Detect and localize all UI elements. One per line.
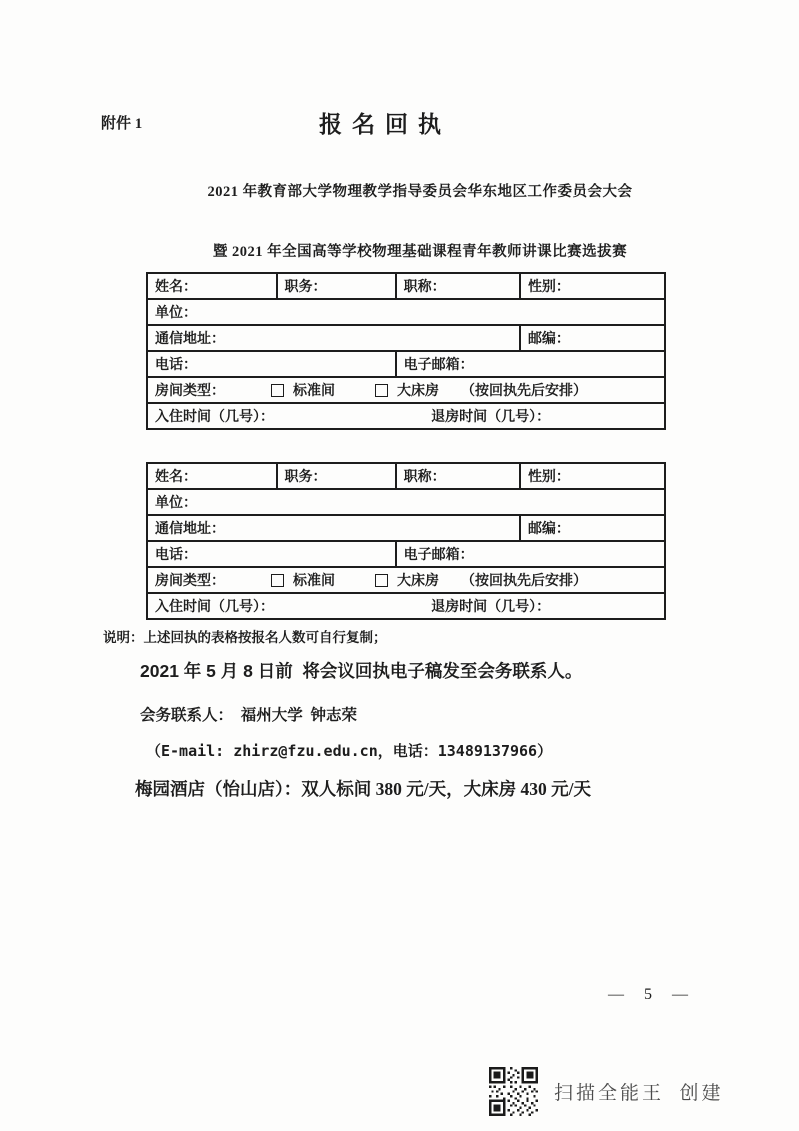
king-room-label: 大床房 bbox=[397, 380, 439, 400]
checkin-field-label: 入住时间（几号）： bbox=[155, 406, 431, 426]
room-assignment-note: （按回执先后安排） bbox=[461, 380, 587, 400]
copy-instruction-note: 说明：上述回执的表格按报名人数可自行复制； bbox=[103, 626, 387, 646]
address-field-label: 通信地址： bbox=[155, 522, 225, 537]
checkin-field-label: 入住时间（几号）： bbox=[155, 596, 431, 616]
hotel-price-info: 梅园酒店（怡山店）：双人标间 380 元/天，大床房 430 元/天 bbox=[135, 776, 591, 801]
standard-room-label: 标准间 bbox=[293, 570, 335, 590]
king-room-label: 大床房 bbox=[397, 570, 439, 590]
table-row: 电话： 电子邮箱： bbox=[147, 351, 665, 377]
scanner-watermark: 扫描全能王 创建 bbox=[489, 1067, 724, 1116]
contact-email-phone: （E-mail: zhirz@fzu.edu.cn，电话：13489137966… bbox=[146, 740, 552, 761]
page-number: — 5 — bbox=[608, 986, 692, 1004]
job-title-field-label: 职称： bbox=[404, 280, 446, 295]
duty-field-label: 职务： bbox=[285, 280, 327, 295]
submission-deadline: 2021 年 5 月 8 日前 将会议回执电子稿发至会务联系人。 bbox=[140, 658, 582, 683]
table-row: 通信地址： 邮编： bbox=[147, 325, 665, 351]
conference-title-line2: 暨 2021 年全国高等学校物理基础课程青年教师讲课比赛选拔赛 bbox=[150, 240, 690, 261]
table-row: 姓名： 职务： 职称： 性别： bbox=[147, 273, 665, 299]
email-field-label: 电子邮箱： bbox=[404, 358, 474, 373]
zip-field-label: 邮编： bbox=[528, 332, 570, 347]
phone-field-label: 电话： bbox=[155, 548, 197, 563]
scanner-app-label: 扫描全能王 创建 bbox=[554, 1078, 724, 1105]
duty-field-label: 职务： bbox=[285, 470, 327, 485]
king-room-checkbox bbox=[375, 574, 388, 587]
unit-field-label: 单位： bbox=[155, 496, 197, 511]
table-row: 入住时间（几号）： 退房时间（几号）： bbox=[147, 403, 665, 429]
checkout-field-label: 退房时间（几号）： bbox=[431, 596, 550, 616]
qr-code-icon bbox=[489, 1067, 538, 1116]
table-row: 单位： bbox=[147, 489, 665, 515]
table-row: 入住时间（几号）： 退房时间（几号）： bbox=[147, 593, 665, 619]
gender-field-label: 性别： bbox=[528, 470, 570, 485]
address-field-label: 通信地址： bbox=[155, 332, 225, 347]
room-type-label: 房间类型： bbox=[155, 380, 225, 400]
standard-room-checkbox bbox=[271, 384, 284, 397]
conference-contact: 会务联系人： 福州大学 钟志荣 bbox=[140, 703, 357, 725]
zip-field-label: 邮编： bbox=[528, 522, 570, 537]
scanned-document-page: 附件 1 报名回执 2021 年教育部大学物理教学指导委员会华东地区工作委员会大… bbox=[0, 0, 799, 1131]
phone-field-label: 电话： bbox=[155, 358, 197, 373]
room-type-label: 房间类型： bbox=[155, 570, 225, 590]
unit-field-label: 单位： bbox=[155, 306, 197, 321]
conference-title-line1: 2021 年教育部大学物理教学指导委员会华东地区工作委员会大会 bbox=[150, 180, 690, 201]
page-title: 报名回执 bbox=[0, 106, 770, 139]
registration-table-1: 姓名： 职务： 职称： 性别： 单位： 通信地址： 邮编： 电话： 电子邮箱： … bbox=[146, 272, 666, 430]
table-row: 通信地址： 邮编： bbox=[147, 515, 665, 541]
name-field-label: 姓名： bbox=[155, 280, 197, 295]
table-row: 单位： bbox=[147, 299, 665, 325]
name-field-label: 姓名： bbox=[155, 470, 197, 485]
checkout-field-label: 退房时间（几号）： bbox=[431, 406, 550, 426]
standard-room-checkbox bbox=[271, 574, 284, 587]
gender-field-label: 性别： bbox=[528, 280, 570, 295]
registration-table-2: 姓名： 职务： 职称： 性别： 单位： 通信地址： 邮编： 电话： 电子邮箱： … bbox=[146, 462, 666, 620]
table-row: 姓名： 职务： 职称： 性别： bbox=[147, 463, 665, 489]
room-assignment-note: （按回执先后安排） bbox=[461, 570, 587, 590]
table-row: 房间类型： 标准间 大床房 （按回执先后安排） bbox=[147, 377, 665, 403]
standard-room-label: 标准间 bbox=[293, 380, 335, 400]
king-room-checkbox bbox=[375, 384, 388, 397]
job-title-field-label: 职称： bbox=[404, 470, 446, 485]
table-row: 电话： 电子邮箱： bbox=[147, 541, 665, 567]
table-row: 房间类型： 标准间 大床房 （按回执先后安排） bbox=[147, 567, 665, 593]
email-field-label: 电子邮箱： bbox=[404, 548, 474, 563]
